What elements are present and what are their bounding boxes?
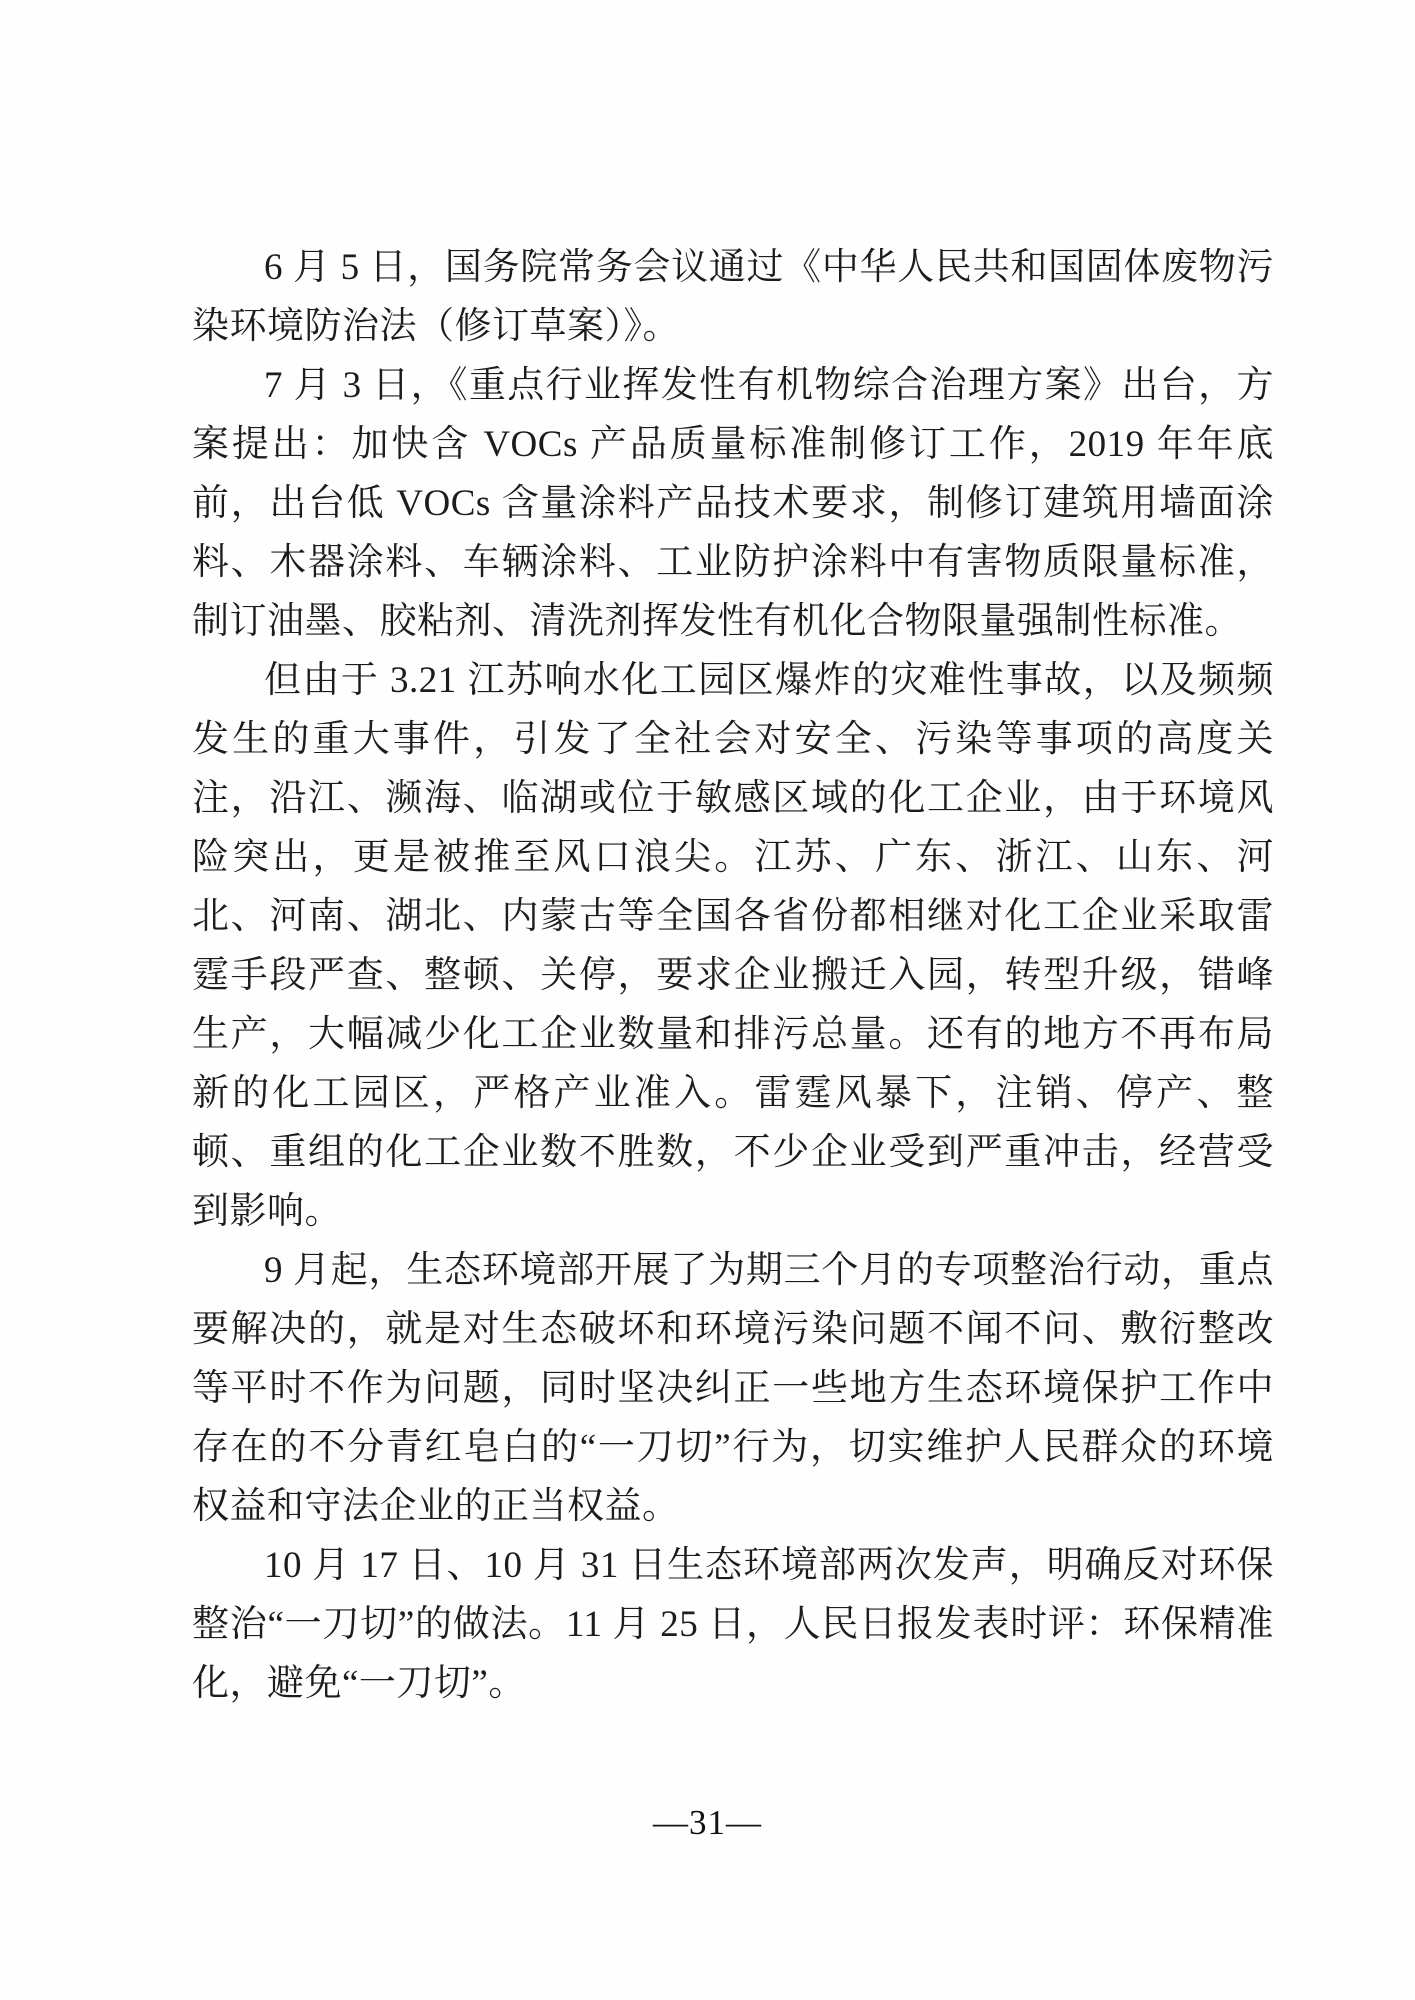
paragraph-2: 7 月 3 日，《重点行业挥发性有机物综合治理方案》出台，方案提出：加快含 VO… bbox=[192, 356, 1274, 651]
page-number: —31— bbox=[653, 1803, 762, 1843]
text-block: 6 月 5 日，国务院常务会议通过《中华人民共和国固体废物污染环境防治法（修订草… bbox=[192, 238, 1274, 1713]
page-footer: —31— bbox=[0, 1803, 1415, 1843]
paragraph-3: 但由于 3.21 江苏响水化工园区爆炸的灾难性事故，以及频频发生的重大事件，引发… bbox=[192, 651, 1274, 1241]
paragraph-5: 10 月 17 日、10 月 31 日生态环境部两次发声，明确反对环保整治“一刀… bbox=[192, 1536, 1274, 1713]
paragraph-1: 6 月 5 日，国务院常务会议通过《中华人民共和国固体废物污染环境防治法（修订草… bbox=[192, 238, 1274, 356]
paragraph-4: 9 月起，生态环境部开展了为期三个月的专项整治行动，重点要解决的，就是对生态破坏… bbox=[192, 1241, 1274, 1536]
document-page: 6 月 5 日，国务院常务会议通过《中华人民共和国固体废物污染环境防治法（修订草… bbox=[0, 0, 1415, 2000]
